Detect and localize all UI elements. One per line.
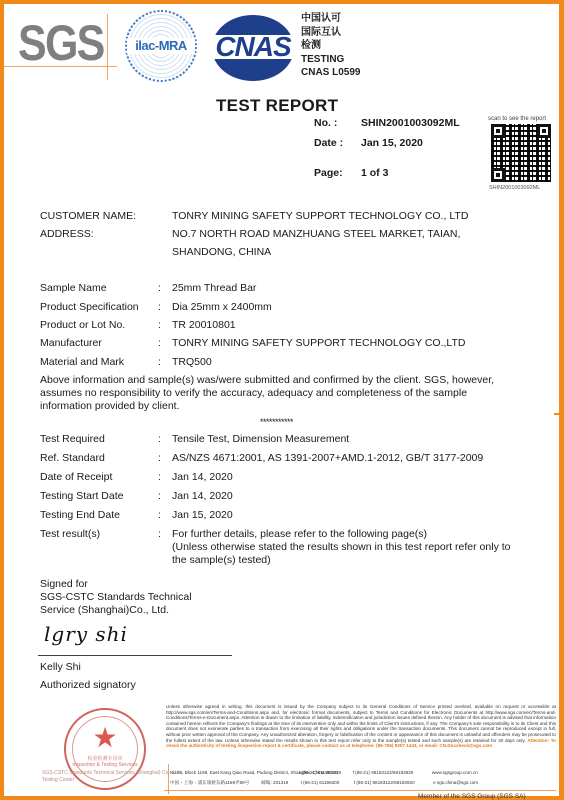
test-report-page: SGS ilac-MRA CNAS 中国认可 国际互认 检测 TESTING C… (4, 4, 559, 796)
test-result-line: the sample(s) tested) (172, 554, 511, 567)
address-en-row: No.69, Block 1159, East Kang Qiao Road, … (170, 770, 478, 775)
website-link[interactable]: www.sgsgroup.com.cn (432, 770, 478, 775)
field-colon: : (158, 337, 161, 350)
qr-finder-icon (491, 124, 505, 138)
field-value: Tensile Test, Dimension Measurement (172, 433, 349, 446)
fax: f (86-21) 68183122/68183920 (354, 780, 432, 785)
qr-caption: scan to see the report (488, 116, 546, 122)
page-value: 1 of 3 (361, 167, 388, 179)
cnas-text: CNAS (208, 32, 298, 62)
cnas-accreditation-info: 中国认可 国际互认 检测 TESTING CNAS L0599 (301, 12, 360, 80)
report-number: No. :SHIN2001003092ML (314, 117, 460, 129)
field-label: Testing End Date (40, 509, 120, 522)
cnas-logo: CNAS (208, 15, 298, 81)
phone: t (86-21) 61196300 (301, 780, 353, 785)
field-label: Test result(s) (40, 528, 100, 541)
footer-divider (164, 790, 556, 791)
email-link[interactable]: e sgs.china@sgs.com (433, 780, 478, 785)
field-value: Dia 25mm x 2400mm (172, 301, 272, 314)
fold-mark (554, 413, 559, 415)
qr-code-icon[interactable] (491, 124, 551, 182)
field-colon: : (158, 490, 161, 503)
field-value: TONRY MINING SAFETY SUPPORT TECHNOLOGY C… (172, 337, 465, 350)
signer-block: Kelly Shi Authorized signatory (40, 658, 136, 694)
customer-name-row: CUSTOMER NAME: TONRY MINING SAFETY SUPPO… (40, 210, 172, 223)
signer-title: Authorized signatory (40, 676, 136, 694)
stamp-caption-line: Testing Center (42, 777, 181, 784)
field-value: For further details, please refer to the… (172, 528, 511, 567)
page-title: TEST REPORT (216, 96, 338, 116)
field-value: Jan 14, 2020 (172, 471, 233, 484)
address-en: No.69, Block 1159, East Kang Qiao Road, … (170, 770, 298, 775)
address-line-2: SHANDONG, CHINA (172, 246, 271, 259)
signer-name: Kelly Shi (40, 658, 136, 676)
qr-finder-icon (491, 168, 505, 182)
field-colon: : (158, 301, 161, 314)
field-colon: : (158, 509, 161, 522)
field-colon: : (158, 471, 161, 484)
stamp-caption: SGS-CSTC Standards Technical Services (S… (42, 770, 181, 784)
field-value: 25mm Thread Bar (172, 282, 256, 295)
field-label: Test Required (40, 433, 105, 446)
address-cn: 中国・上海・浦东康桥东路1159弄69号 (170, 780, 260, 786)
address-cn-row: 中国・上海・浦东康桥东路1159弄69号 邮编: 201319 t (86-21… (170, 780, 478, 786)
field-colon: : (158, 319, 161, 332)
test-result-line: (Unless otherwise stated the results sho… (172, 541, 511, 554)
postcode: 邮编: 201319 (261, 780, 299, 786)
cnas-info-line: 检测 (301, 39, 360, 53)
field-label: Date of Receipt (40, 471, 112, 484)
separator: *********** (260, 417, 293, 427)
signed-for-block: Signed for SGS-CSTC Standards Technical … (40, 578, 192, 617)
stamp-en-text: Inspection & Testing Services (66, 762, 144, 768)
cnas-info-line: 国际互认 (301, 26, 360, 40)
ilac-mra-text: ilac-MRA (127, 38, 195, 54)
field-label: Product Specification (40, 301, 139, 314)
qr-id: SHIN2001003092ML (489, 185, 540, 191)
cnas-info-line: TESTING (301, 53, 360, 67)
cnas-info-line: CNAS L0599 (301, 66, 360, 80)
sgs-logo: SGS (18, 18, 104, 68)
sgs-group-membership: Member of the SGS Group (SGS SA) (418, 793, 526, 800)
field-value: Jan 14, 2020 (172, 490, 233, 503)
report-number-label: No. : (314, 117, 361, 129)
field-label: Material and Mark (40, 356, 124, 369)
address-row: ADDRESS: NO.7 NORTH ROAD MANZHUANG STEEL… (40, 228, 172, 241)
report-date-label: Date : (314, 137, 361, 149)
phone: t (86-21) 61196300 (299, 770, 351, 775)
report-date-value: Jan 15, 2020 (361, 137, 423, 149)
field-colon: : (158, 452, 161, 465)
address-label: ADDRESS: (40, 228, 172, 241)
page-indicator: Page:1 of 3 (314, 167, 388, 179)
field-value: AS/NZS 4671:2001, AS 1391-2007+AMD.1-201… (172, 452, 483, 465)
customer-name-value: TONRY MINING SAFETY SUPPORT TECHNOLOGY C… (172, 210, 468, 223)
qr-finder-icon (537, 124, 551, 138)
field-label: Testing Start Date (40, 490, 123, 503)
field-label: Product or Lot No. (40, 319, 125, 332)
field-label: Manufacturer (40, 337, 102, 350)
stamp-text: 检验检测专用章 Inspection & Testing Services (66, 756, 144, 768)
field-colon: : (158, 528, 161, 541)
logo-guide-line (4, 66, 117, 67)
terms-fine-print: Unless otherwise agreed in writing, this… (166, 704, 556, 749)
logo-guide-line (107, 14, 108, 80)
field-value: TRQ500 (172, 356, 212, 369)
field-value: TR 20010801 (172, 319, 236, 332)
test-result-line: For further details, please refer to the… (172, 528, 511, 541)
terms-text: Unless otherwise agreed in writing, this… (166, 704, 556, 743)
field-colon: : (158, 282, 161, 295)
star-icon: ★ (66, 724, 144, 752)
field-value: Jan 15, 2020 (172, 509, 233, 522)
field-colon: : (158, 356, 161, 369)
report-number-value: SHIN2001003092ML (361, 117, 460, 129)
ilac-mra-logo: ilac-MRA (125, 10, 197, 82)
signed-for-label: Signed for (40, 578, 192, 591)
field-label: Sample Name (40, 282, 107, 295)
signing-company-line: Service (Shanghai)Co., Ltd. (40, 604, 192, 617)
field-colon: : (158, 433, 161, 446)
page-label: Page: (314, 167, 361, 179)
stamp-caption-line: SGS-CSTC Standards Technical Services (S… (42, 770, 181, 777)
signing-company-line: SGS-CSTC Standards Technical (40, 591, 192, 604)
address-line-1: NO.7 NORTH ROAD MANZHUANG STEEL MARKET, … (172, 228, 460, 241)
handwritten-signature: lgry shi (44, 622, 128, 646)
cnas-info-line: 中国认可 (301, 12, 360, 26)
customer-name-label: CUSTOMER NAME: (40, 210, 172, 223)
fax: f (86-21) 68183122/68183920 (353, 770, 431, 775)
disclaimer-paragraph: Above information and sample(s) was/were… (40, 374, 520, 413)
field-label: Ref. Standard (40, 452, 105, 465)
signature-line (38, 655, 232, 656)
report-date: Date :Jan 15, 2020 (314, 137, 423, 149)
address-row-2: SHANDONG, CHINA (40, 246, 172, 259)
